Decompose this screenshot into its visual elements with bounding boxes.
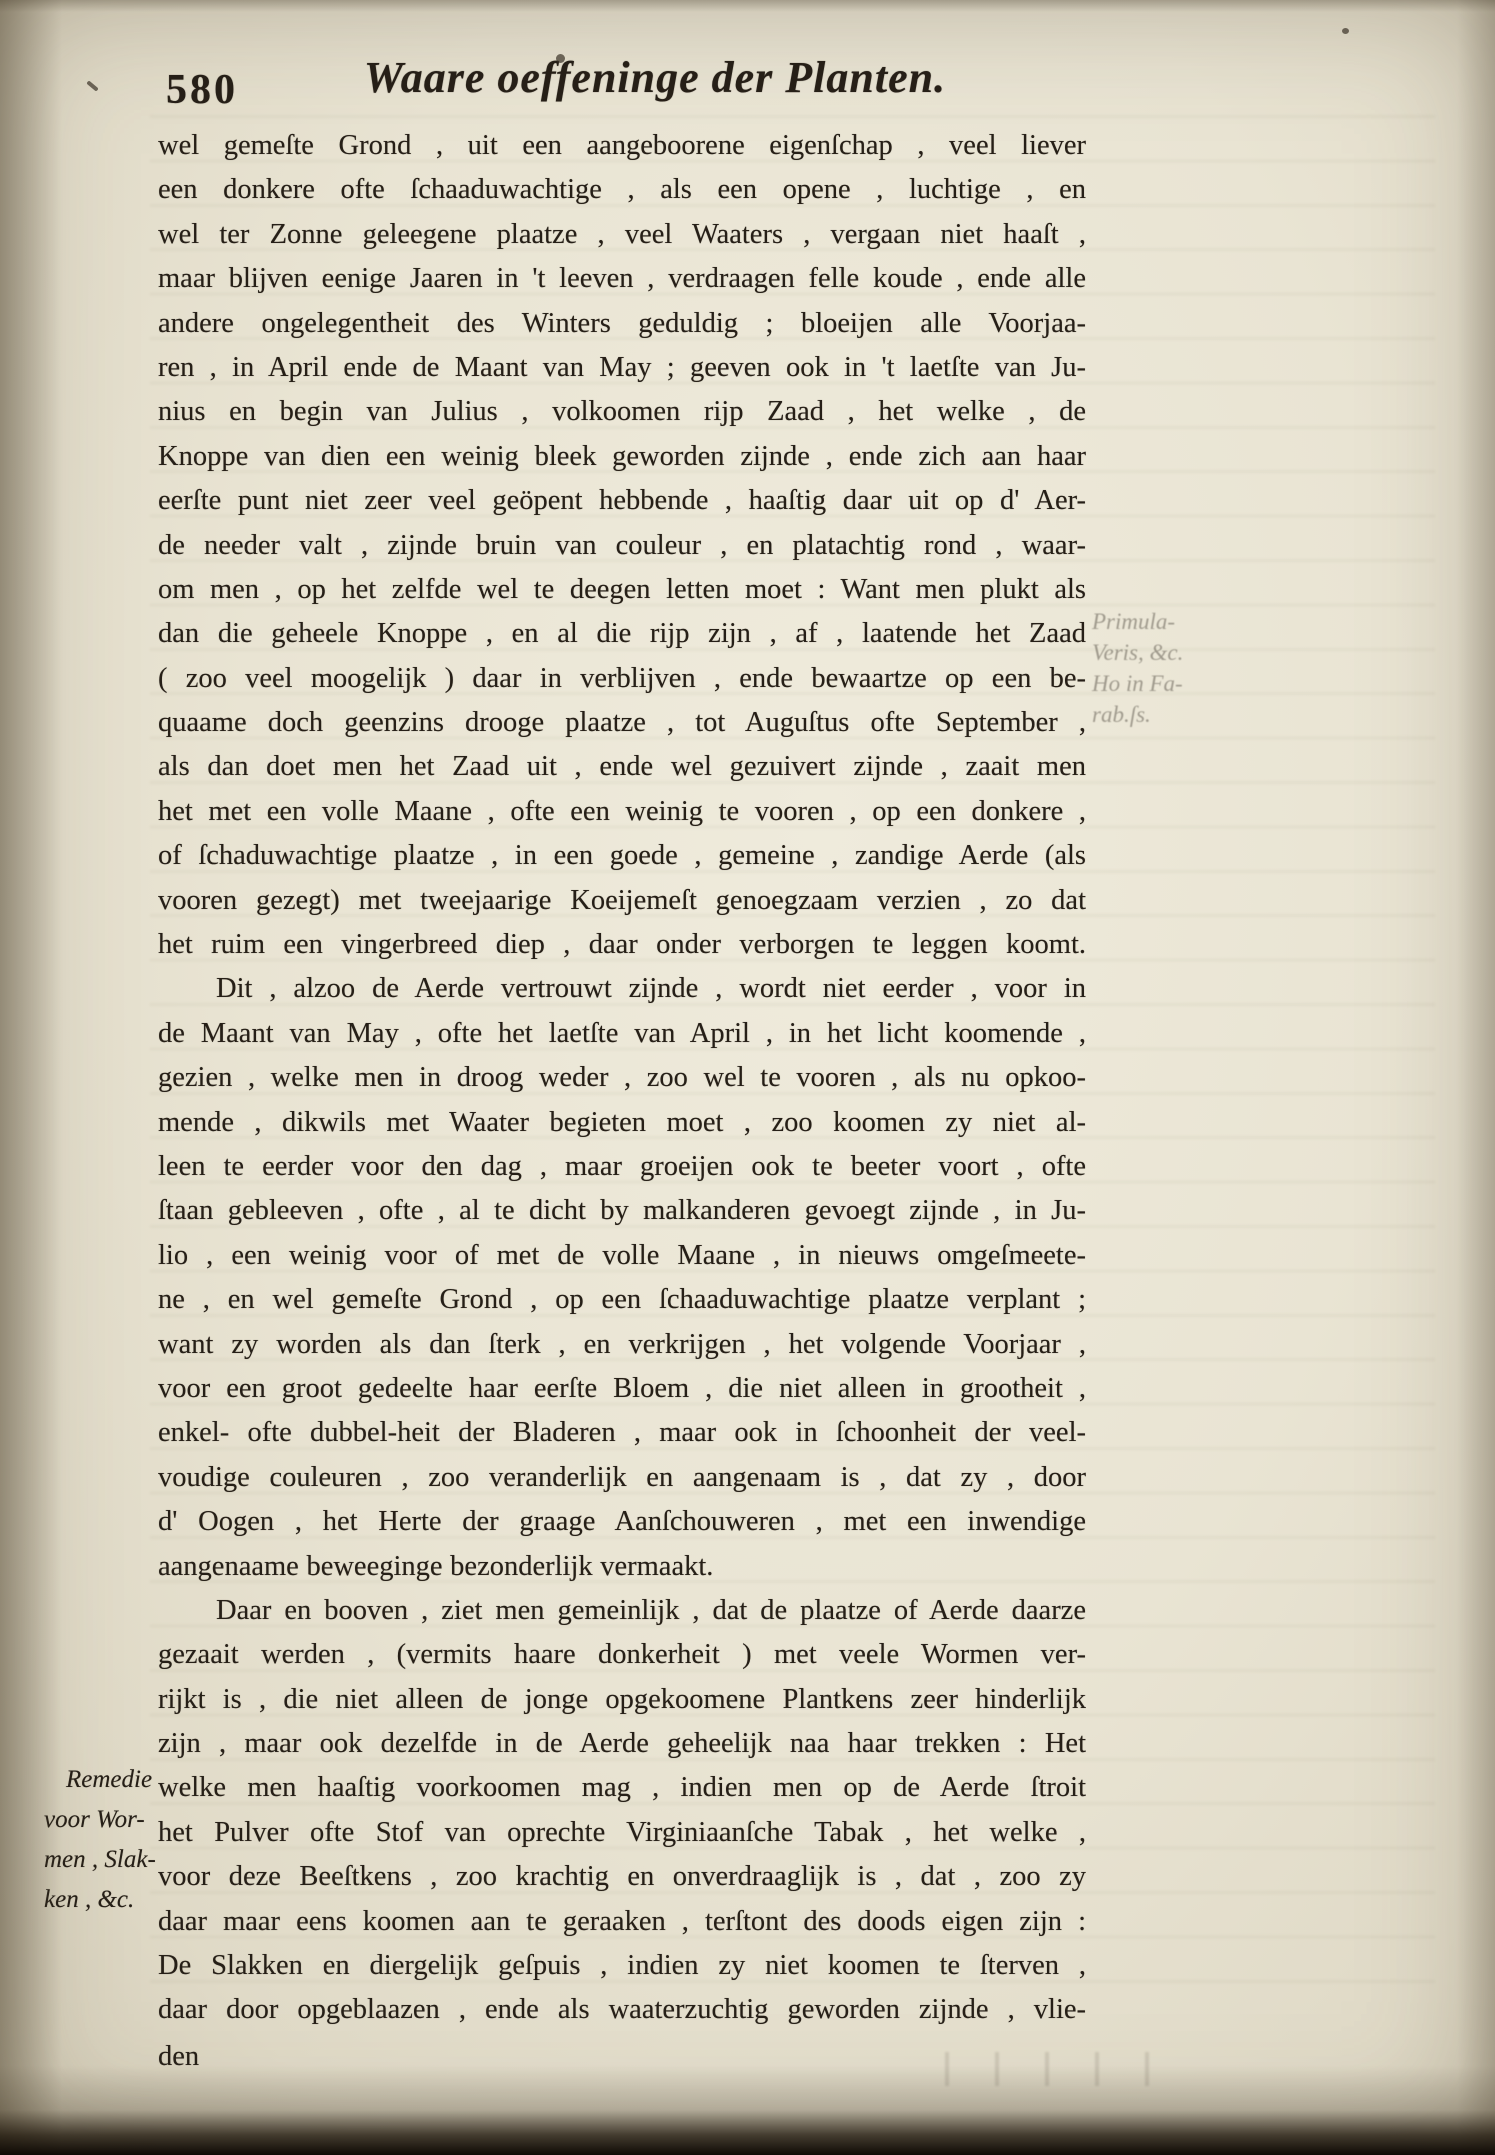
text-line: het Pulver ofte Stof van oprechte Virgin… [158,1811,1086,1855]
text-line: zijn , maar ook dezelfde in de Aerde geh… [158,1722,1086,1766]
body-text: wel gemeſte Grond , uit een aangeboorene… [158,124,1086,2079]
text-line: mende , dikwils met Waater begieten moet… [158,1101,1086,1145]
text-line: de needer valt , zijnde bruin van couleu… [158,524,1086,568]
text-line: een donkere ofte ſchaaduwachtige , als e… [158,168,1086,212]
margin-note-primula-faint: Primula-Veris, &c.Ho in Fa-rab.ſs. [1092,606,1212,730]
text-line: voor deze Beeſtkens , zoo krachtig en on… [158,1855,1086,1899]
text-line: rijkt is , die niet alleen de jonge opge… [158,1678,1086,1722]
text-line: gezien , welke men in droog weder , zoo … [158,1056,1086,1100]
page-edge-shadow-top [0,0,1495,12]
margin-note-line: Primula- [1092,606,1212,637]
margin-note-line: Veris, &c. [1092,637,1212,668]
text-line: of ſchaduwachtige plaatze , in een goede… [158,834,1086,878]
text-line: daar door opgeblaazen , ende als waaterz… [158,1988,1086,2032]
text-line: quaame doch geenzins drooge plaatze , to… [158,701,1086,745]
text-line: enkel- ofte dubbel-heit der Bladeren , m… [158,1411,1086,1455]
text-line: lio , een weinig voor of met de volle Ma… [158,1234,1086,1278]
text-line: Daar en booven , ziet men gemeinlijk , d… [158,1589,1086,1633]
text-line: vooren gezegt) met tweejaarige Koeijemeſ… [158,879,1086,923]
text-line: als dan doet men het Zaad uit , ende wel… [158,745,1086,789]
text-line: om men , op het zelfde wel te deegen let… [158,568,1086,612]
paragraph: Dit , alzoo de Aerde vertrouwt zijnde , … [158,967,1086,1588]
text-line: welke men haaſtig voorkoomen mag , indie… [158,1766,1086,1810]
text-line: nius en begin van Julius , volkoomen rij… [158,390,1086,434]
text-line: andere ongelegentheit des Winters geduld… [158,302,1086,346]
text-line: want zy worden als dan ſterk , en verkri… [158,1323,1086,1367]
text-line: de Maant van May , ofte het laetſte van … [158,1012,1086,1056]
text-line: ne , en wel gemeſte Grond , op een ſchaa… [158,1278,1086,1322]
text-line: ſtaan gebleeven , ofte , al te dicht by … [158,1189,1086,1233]
ink-speck [556,54,565,63]
ink-speck [1342,28,1349,34]
text-line: ( zoo veel moogelijk ) daar in verblijve… [158,657,1086,701]
text-line: voudige couleuren , zoo veranderlijk en … [158,1456,1086,1500]
text-line: wel ter Zonne geleegene plaatze , veel W… [158,213,1086,257]
book-page: 580 Waare oeffeninge der Planten. wel ge… [0,0,1495,2155]
margin-note-line: Remedie [44,1760,214,1800]
text-line: eerſte punt niet zeer veel geöpent hebbe… [158,479,1086,523]
text-line: voor een groot gedeelte haar eerſte Bloe… [158,1367,1086,1411]
margin-note-line: men , Slak- [44,1840,214,1880]
paragraph: wel gemeſte Grond , uit een aangeboorene… [158,124,1086,967]
margin-note-line: voor Wor- [44,1800,214,1840]
margin-note-line: Ho in Fa- [1092,668,1212,699]
text-line: leen te eerder voor den dag , maar groei… [158,1145,1086,1189]
margin-note-line: rab.ſs. [1092,699,1212,730]
running-header-title: Waare oeffeninge der Planten. [295,52,1015,103]
paragraph: Daar en booven , ziet men gemeinlijk , d… [158,1589,1086,2033]
ink-speck [86,80,99,91]
text-line: daar maar eens koomen aan te geraaken , … [158,1900,1086,1944]
margin-note-remedie: Remedievoor Wor-men , Slak-ken , &c. [44,1760,214,1920]
catchword: den [158,2035,1086,2079]
text-line: het ruim een vingerbreed diep , daar ond… [158,923,1086,967]
text-line: dan die geheele Knoppe , en al die rijp … [158,612,1086,656]
text-line: aangenaame beweeginge bezonderlijk verma… [158,1545,1086,1589]
margin-note-line: ken , &c. [44,1880,214,1920]
text-line: Knoppe van dien een weinig bleek geworde… [158,435,1086,479]
text-line: maar blijven eenige Jaaren in 't leeven … [158,257,1086,301]
text-line: het met een volle Maane , ofte een weini… [158,790,1086,834]
text-line: ren , in April ende de Maant van May ; g… [158,346,1086,390]
text-line: gezaait werden , (vermits haare donkerhe… [158,1633,1086,1677]
page-number: 580 [166,66,238,114]
text-line: De Slakken en diergelijk geſpuis , indie… [158,1944,1086,1988]
page-edge-shadow-right [1457,0,1495,2155]
text-line: d' Oogen , het Herte der graage Aanſchou… [158,1500,1086,1544]
text-line: Dit , alzoo de Aerde vertrouwt zijnde , … [158,967,1086,1011]
text-line: wel gemeſte Grond , uit een aangeboorene… [158,124,1086,168]
